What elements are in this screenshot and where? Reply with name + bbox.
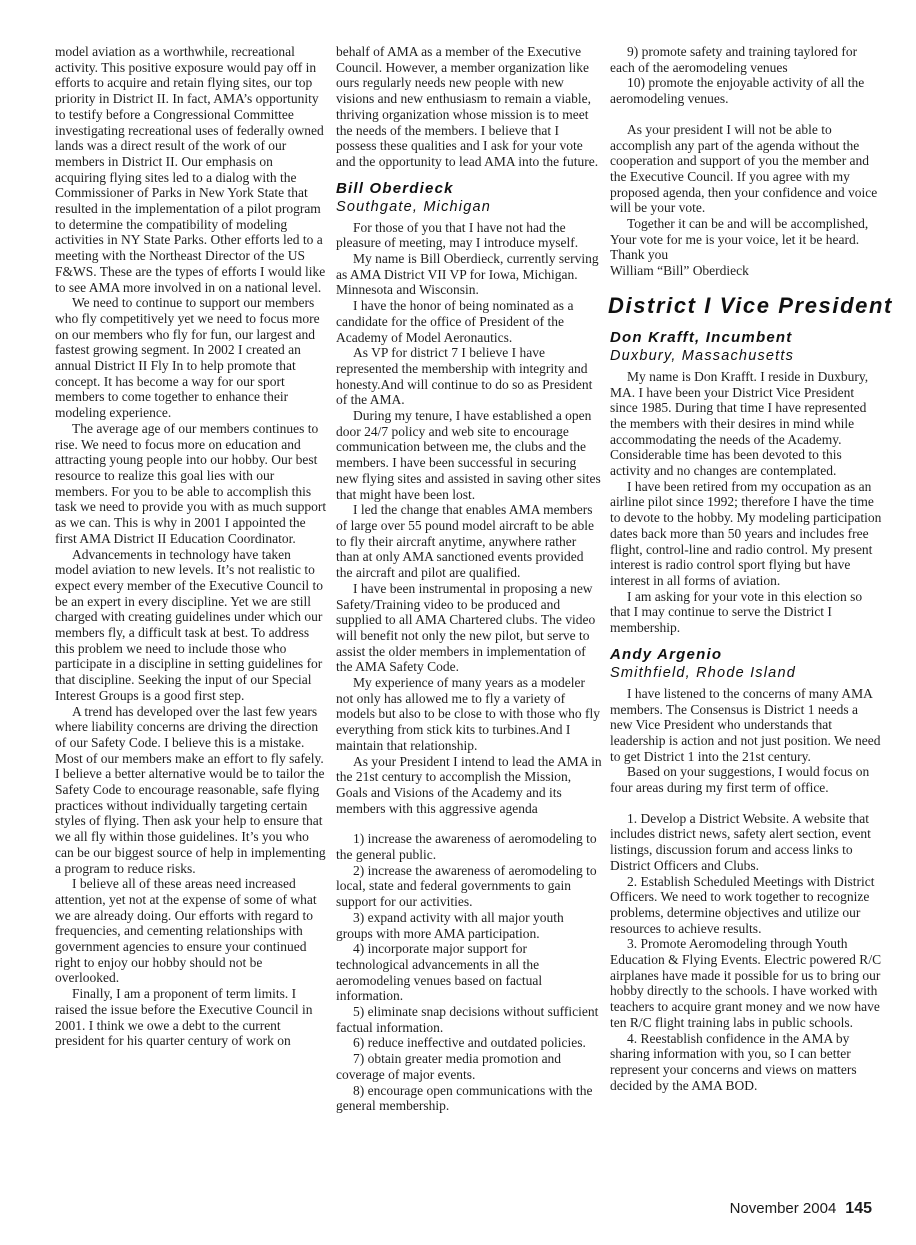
candidate-heading-don-krafft: Don Krafft, Incumbent Duxbury, Massachus… — [610, 328, 882, 366]
candidate-name: Don Krafft, Incumbent — [610, 328, 882, 347]
paragraph: My name is Don Krafft. I reside in Duxbu… — [610, 369, 882, 479]
column-1: model aviation as a worthwhile, recreati… — [55, 44, 327, 1049]
paragraph: My experience of many years as a modeler… — [336, 675, 602, 754]
numbered-item: 2. Establish Scheduled Meetings with Dis… — [610, 874, 882, 937]
paragraph: We need to continue to support our membe… — [55, 295, 327, 421]
magazine-page: model aviation as a worthwhile, recreati… — [0, 0, 916, 1245]
candidate-location: Duxbury, Massachusetts — [610, 347, 882, 366]
paragraph: Finally, I am a proponent of term limits… — [55, 986, 327, 1049]
paragraph: As VP for district 7 I believe I have re… — [336, 345, 602, 408]
section-heading-district-1-vice-president: District I Vice President — [608, 293, 882, 319]
paragraph: I have been retired from my occupation a… — [610, 479, 882, 589]
agenda-item: 4) incorporate major support for technol… — [336, 941, 602, 1004]
agenda-item: 1) increase the awareness of aeromodelin… — [336, 831, 602, 862]
agenda-item: 3) expand activity with all major youth … — [336, 910, 602, 941]
agenda-item: 8) encourage open communications with th… — [336, 1083, 602, 1114]
agenda-item: 5) eliminate snap decisions without suff… — [336, 1004, 602, 1035]
paragraph: I have been instrumental in proposing a … — [336, 581, 602, 675]
paragraph: I am asking for your vote in this electi… — [610, 589, 882, 636]
paragraph: model aviation as a worthwhile, recreati… — [55, 44, 327, 295]
agenda-item: 9) promote safety and training taylored … — [610, 44, 882, 75]
agenda-item: 10) promote the enjoyable activity of al… — [610, 75, 882, 106]
numbered-item: 4. Reestablish confidence in the AMA by … — [610, 1031, 882, 1094]
paragraph: For those of you that I have not had the… — [336, 220, 602, 251]
paragraph: I believe all of these areas need increa… — [55, 876, 327, 986]
numbered-item: 1. Develop a District Website. A website… — [610, 811, 882, 874]
paragraph: Advancements in technology have taken mo… — [55, 547, 327, 704]
candidate-name: Andy Argenio — [610, 645, 882, 664]
numbered-item: 3. Promote Aeromodeling through Youth Ed… — [610, 936, 882, 1030]
paragraph: Based on your suggestions, I would focus… — [610, 764, 882, 795]
paragraph: A trend has developed over the last few … — [55, 704, 327, 877]
footer-issue-date: November 2004 — [730, 1200, 837, 1217]
agenda-item: 2) increase the awareness of aeromodelin… — [336, 863, 602, 910]
paragraph-continuation: behalf of AMA as a member of the Executi… — [336, 44, 602, 170]
signature-line: William “Bill” Oberdieck — [610, 263, 882, 279]
paragraph: As your president I will not be able to … — [610, 122, 882, 216]
paragraph: I have listened to the concerns of many … — [610, 686, 882, 765]
agenda-item: 7) obtain greater media promotion and co… — [336, 1051, 602, 1082]
blank-line — [610, 796, 882, 811]
candidate-location: Smithfield, Rhode Island — [610, 664, 882, 683]
column-2: behalf of AMA as a member of the Executi… — [336, 44, 602, 1114]
candidate-name: Bill Oberdieck — [336, 179, 602, 198]
candidate-location: Southgate, Michigan — [336, 198, 602, 217]
candidate-heading-bill-oberdieck: Bill Oberdieck Southgate, Michigan — [336, 179, 602, 217]
blank-line — [610, 107, 882, 122]
paragraph: During my tenure, I have established a o… — [336, 408, 602, 502]
paragraph: Together it can be and will be accomplis… — [610, 216, 882, 263]
candidate-heading-andy-argenio: Andy Argenio Smithfield, Rhode Island — [610, 645, 882, 683]
paragraph: I led the change that enables AMA member… — [336, 502, 602, 581]
column-3: 9) promote safety and training taylored … — [610, 44, 882, 1093]
page-footer: November 2004 145 — [730, 1200, 872, 1218]
paragraph: I have the honor of being nominated as a… — [336, 298, 602, 345]
footer-page-number: 145 — [845, 1200, 872, 1218]
paragraph: As your President I intend to lead the A… — [336, 754, 602, 817]
paragraph: The average age of our members continues… — [55, 421, 327, 547]
paragraph: My name is Bill Oberdieck, currently ser… — [336, 251, 602, 298]
agenda-item: 6) reduce ineffective and outdated polic… — [336, 1035, 602, 1051]
blank-line — [336, 816, 602, 831]
